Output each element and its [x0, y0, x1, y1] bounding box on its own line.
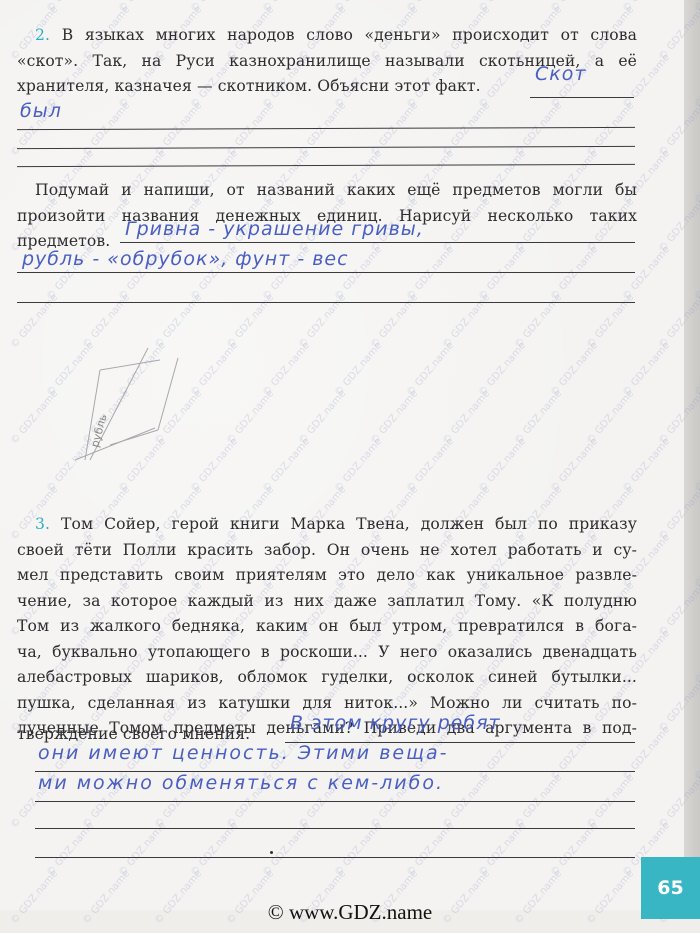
- pencil-dot: [270, 851, 273, 854]
- answer-line[interactable]: [35, 828, 635, 829]
- answer-line[interactable]: [120, 242, 635, 243]
- handwritten-answer: был: [20, 100, 62, 122]
- text-line: Подумай и напиши, от названий каких ещё …: [17, 178, 637, 204]
- text-line: Том из жалкого бедняка, каким он был утр…: [17, 614, 637, 640]
- text-line: мел представить своим приятелям это дело…: [17, 563, 637, 589]
- handwritten-answer: ми можно обменяться с кем-либо.: [38, 772, 444, 794]
- text-line: Том Сойер, герой книги Марка Твена, долж…: [61, 515, 637, 533]
- handwritten-answer: рубль - «обрубок», фунт - вес: [22, 248, 349, 270]
- text-line: ча, буквально утопающего в роскоши... У …: [17, 640, 637, 666]
- text-line: хранителя, казначея — скотником. Объясни…: [17, 74, 481, 100]
- handwritten-answer: Скот: [535, 63, 586, 85]
- text-line: чение, за которое каждый из них даже зап…: [17, 589, 637, 615]
- task-number: 3.: [35, 515, 50, 533]
- answer-line[interactable]: [17, 272, 635, 273]
- pencil-sketch-ruble: рубль: [60, 330, 220, 490]
- text-line: В языках многих народов слово «деньги» п…: [62, 26, 637, 44]
- text-line: алебастровых шариков, обломок гуделки, о…: [17, 665, 637, 691]
- handwritten-answer: они имеют ценность. Этими веща-: [38, 742, 448, 764]
- page-number: 65: [657, 877, 683, 899]
- task-3-text: 3. Том Сойер, герой книги Марка Твена, д…: [17, 512, 637, 742]
- text-line: своей тёти Полли красить забор. Он очень…: [17, 538, 637, 564]
- answer-line[interactable]: [35, 801, 635, 802]
- page-edge: [684, 0, 700, 933]
- handwritten-answer: Гривна - украшение гривы,: [125, 218, 424, 240]
- task-2-text-last: хранителя, казначея — скотником. Объясни…: [17, 74, 481, 100]
- answer-line[interactable]: [530, 97, 634, 98]
- answer-line[interactable]: [35, 857, 635, 858]
- task-number: 2.: [35, 26, 50, 44]
- copyright-footer: © www.GDZ.name: [0, 900, 700, 925]
- handwritten-answer: В этом кругу ребят: [290, 712, 501, 734]
- answer-line[interactable]: [17, 302, 635, 303]
